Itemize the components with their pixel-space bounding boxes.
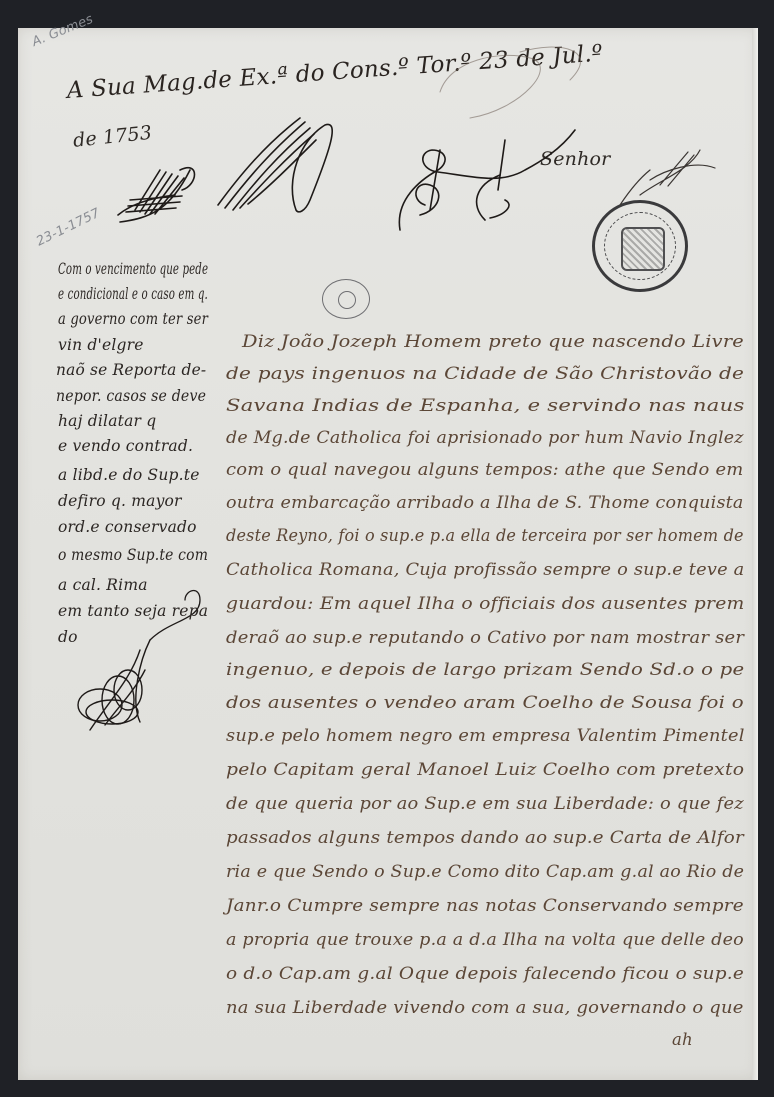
margin-line: nepor. casos se deve	[56, 389, 206, 405]
library-stamp-small: BIBLIOTECA NACIONAL	[322, 279, 370, 319]
margin-line: a libd.e do Sup.te	[58, 468, 200, 484]
margin-line: o mesmo Sup.te com	[58, 548, 208, 564]
margin-line: e vendo contrad.	[58, 439, 193, 455]
margin-line: defiro q. mayor	[58, 494, 182, 510]
body-line: Catholica Romana, Cuja profissão sempre …	[226, 560, 744, 579]
margin-line: naõ se Reporta de-	[56, 363, 206, 379]
paper-edge	[752, 28, 758, 1080]
library-stamp-large: BIBLIOTECA NACIONAL	[592, 200, 688, 292]
salutation: Senhor	[540, 148, 610, 170]
body-line: pelo Capitam geral Manoel Luiz Coelho co…	[226, 760, 744, 779]
body-line: sup.e pelo homem negro em empresa Valent…	[226, 726, 745, 745]
body-line: a propria que trouxe p.a a d.a Ilha na v…	[226, 930, 744, 949]
body-line: deste Reyno, foi o sup.e p.a ella de ter…	[226, 526, 744, 545]
body-line: de Mg.de Catholica foi aprisionado por h…	[226, 428, 744, 447]
margin-line: haj dilatar q	[58, 414, 156, 430]
body-line: guardou: Em aquel Ilha o officiais dos a…	[226, 594, 745, 613]
margin-line: a cal. Rima	[58, 578, 148, 594]
body-line: Diz João Jozeph Homem preto que nascendo…	[242, 332, 744, 351]
catchword: ah	[672, 1030, 693, 1049]
body-line: passados alguns tempos dando ao sup.e Ca…	[226, 828, 744, 847]
margin-line: do	[58, 630, 78, 646]
body-line: com o qual navegou alguns tempos: athe q…	[226, 460, 743, 479]
margin-line: ord.e conservado	[58, 520, 197, 536]
body-line: outra embarcação arribado a Ilha de S. T…	[226, 493, 744, 512]
margin-line: em tanto seja repa	[58, 604, 208, 620]
body-line: na sua Liberdade vivendo com a sua, gove…	[226, 998, 744, 1017]
body-line: dos ausentes o vendeo aram Coelho de Sou…	[226, 693, 744, 712]
body-line: de que queria por ao Sup.e em sua Liberd…	[226, 794, 744, 813]
body-line: ingenuo, e depois de largo prizam Sendo …	[226, 660, 744, 679]
body-line: de pays ingenuos na Cidade de São Christ…	[226, 364, 744, 383]
margin-line: e condicional e o caso em q.	[58, 287, 208, 303]
margin-line: Com o vencimento que pede	[58, 262, 208, 278]
body-line: o d.o Cap.am g.al Oque depois falecendo …	[226, 964, 744, 983]
margin-line: a governo com ter ser	[58, 312, 208, 328]
body-line: deraõ ao sup.e reputando o Cativo por na…	[226, 628, 744, 647]
body-line: ria e que Sendo o Sup.e Como dito Cap.am…	[226, 862, 744, 881]
body-line: Janr.o Cumpre sempre nas notas Conservan…	[226, 896, 744, 915]
margin-line: vin d'elgre	[58, 338, 144, 354]
body-line: Savana Indias de Espanha, e servindo nas…	[226, 396, 745, 415]
